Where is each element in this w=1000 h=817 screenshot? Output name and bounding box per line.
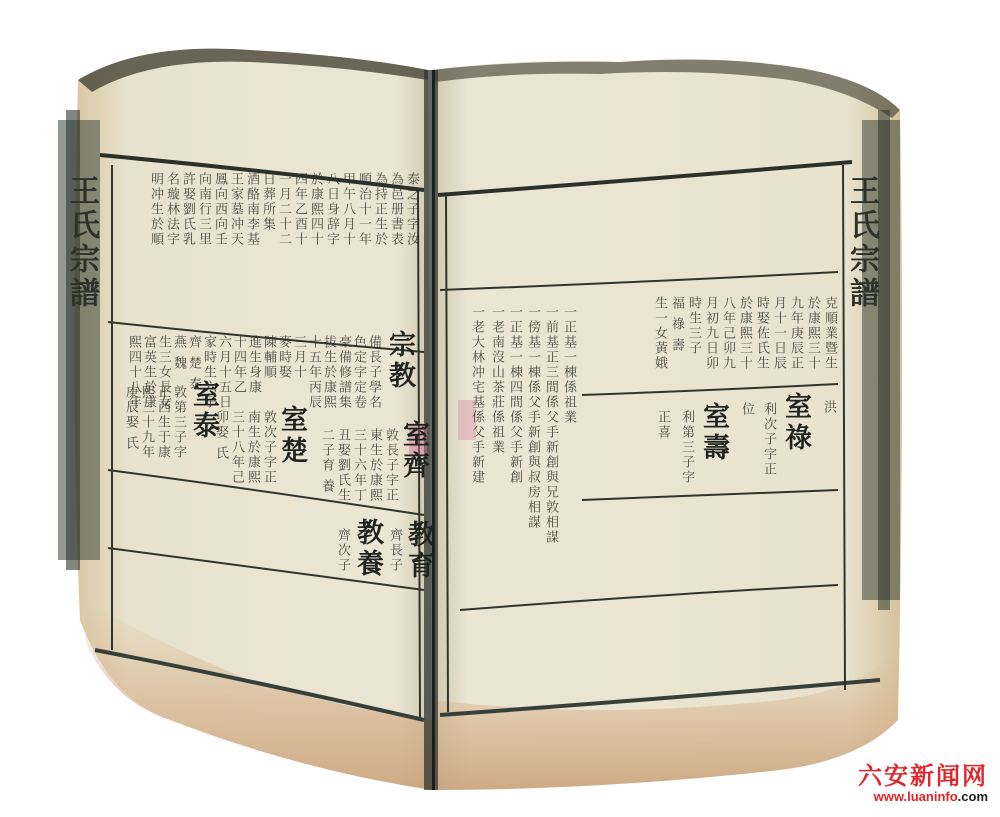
column: 敦第三子字 xyxy=(172,385,185,460)
list-item: 一前基正三間係父手新創與兄敦相謀 xyxy=(544,305,557,545)
right-page-upper-text: 克順業暨生 於康熙三十 九年庚辰正 月十一日辰 時娶佐氏生 於康熙三十 八年己卯… xyxy=(600,296,836,396)
left-spine-title: 王氏宗譜 xyxy=(66,175,96,311)
column: 三十八年己 xyxy=(230,410,243,485)
column: 四年乙酉十 xyxy=(293,172,306,312)
column: 利第三子字 xyxy=(680,410,693,485)
watermark-url-tld: .com xyxy=(958,789,988,804)
right-heading-shilu: 室祿 xyxy=(782,392,809,454)
left-heading-shichu: 室楚 xyxy=(278,405,305,467)
watermark-site-name: 六安新闻网 xyxy=(858,763,988,789)
column: 一月二十二 xyxy=(277,172,290,312)
column: 於康熙三十 xyxy=(806,296,819,392)
column: 齊長子 xyxy=(388,528,401,573)
column: 東生於康熙 xyxy=(368,428,381,503)
column: 於康熙三十 xyxy=(738,296,751,392)
column: 利次子字正 xyxy=(762,402,775,477)
column: 王家墓冲天 xyxy=(229,172,242,312)
column: 敦長子字正 xyxy=(384,428,397,503)
column: 南生於康熙 xyxy=(246,410,259,485)
column: 月初九日卯 xyxy=(704,296,717,392)
column: 庚辰娶 氏 xyxy=(124,385,137,451)
left-heading-jiaoyang: 教養 xyxy=(354,518,381,580)
right-spine-title: 王氏宗譜 xyxy=(846,175,876,311)
column: 為持正生於 xyxy=(373,172,386,312)
column: 丑娶劉氏生 xyxy=(336,428,349,503)
left-heading-shitai: 室泰 xyxy=(190,380,217,442)
column: 鳳向西向壬 xyxy=(213,172,226,312)
column: 福 祿 壽 xyxy=(670,296,683,392)
column: 向南行三里 xyxy=(197,172,210,312)
column: 敦次子字正 xyxy=(262,410,275,485)
list-item: 一正基一棟四間係父手新創 xyxy=(508,305,521,485)
left-page-upper-text: 泰之子字汝 為邑册書表 為持正生於 順治十一年 甲午八月十 八日身辞字 於康熙四… xyxy=(118,172,418,322)
column: 三十六年丁 xyxy=(352,428,365,503)
list-item: 一正基一棟係祖業 xyxy=(562,305,575,425)
column: 正西生于康 xyxy=(156,385,169,460)
list-item: 一老大林冲宅基係父手新建 xyxy=(470,305,483,485)
column: 生一女黃娥 xyxy=(653,296,666,392)
left-heading-zongjiao: 宗教 xyxy=(386,330,413,392)
right-heading-shishou: 室壽 xyxy=(700,402,727,464)
column: 九年庚辰正 xyxy=(789,296,802,392)
column: 時生三子 xyxy=(687,296,700,392)
left-heading-shiqi: 室齊 xyxy=(400,420,427,482)
column: 正喜 xyxy=(656,410,669,440)
watermark-url-domain: www.luaninfo xyxy=(874,789,958,804)
column: 為邑册書表 xyxy=(389,172,402,312)
list-item: 一老南沒山茶莊係祖業 xyxy=(490,305,503,455)
column: 於康熙四十 xyxy=(309,172,322,312)
column: 明冲生於順 xyxy=(149,172,162,312)
column: 齊次子 xyxy=(336,528,349,573)
column: 名璇林法字 xyxy=(165,172,178,312)
watermark: 六安新闻网 www.luaninfo.com xyxy=(858,763,988,805)
column: 甲午八月十 xyxy=(341,172,354,312)
column: 位 xyxy=(740,402,753,417)
column: 克順業暨生 xyxy=(823,296,836,392)
watermark-url: www.luaninfo.com xyxy=(858,789,988,805)
column: 時娶佐氏生 xyxy=(755,296,768,392)
list-item: 一傍基一棟係父手新創與叔房相謀 xyxy=(526,305,539,530)
column: 順治十一年 xyxy=(357,172,370,312)
column: 泰之子字汝 xyxy=(405,172,418,312)
column: 許娶劉氏乳 xyxy=(181,172,194,312)
column: 日葬所集 xyxy=(261,172,274,312)
left-heading-jiaoyu: 教育 xyxy=(405,520,432,582)
column: 洪 xyxy=(822,400,835,415)
column: 月十一日辰 xyxy=(772,296,785,392)
column: 八年己卯九 xyxy=(721,296,734,392)
column: 熙三十九年 xyxy=(140,385,153,460)
column: 酒酪南李基 xyxy=(245,172,258,312)
column: 二子育 養 xyxy=(320,428,333,494)
column: 八日身辞字 xyxy=(325,172,338,312)
